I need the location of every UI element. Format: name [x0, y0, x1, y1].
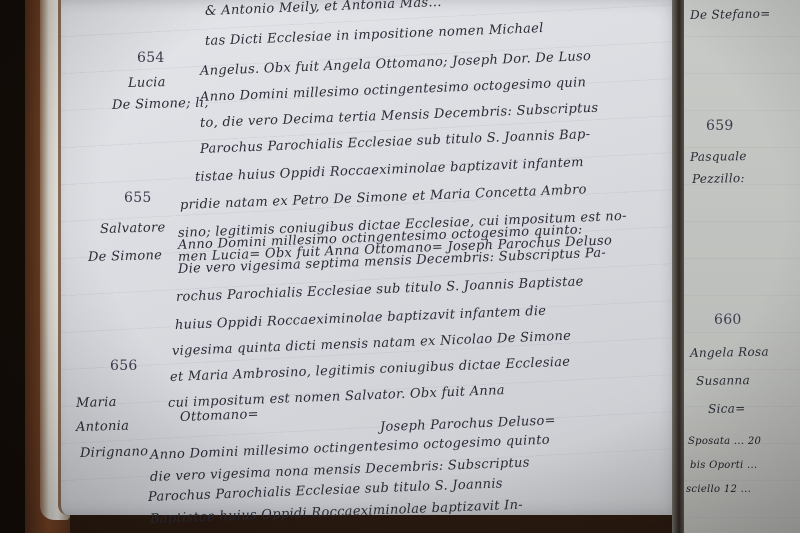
- text-line: Ottomano=: [180, 407, 259, 425]
- margin-name: Lucia: [128, 75, 166, 91]
- annotation-line: bis Oporti ...: [690, 460, 757, 471]
- entry-number: 655: [124, 190, 152, 206]
- margin-name: Dirignano: [80, 444, 149, 461]
- entry-number: 656: [110, 358, 138, 374]
- annotation-line: sciello 12 ...: [686, 484, 751, 495]
- right-page-text: De Stefano=: [690, 7, 771, 22]
- margin-name: Antonia: [76, 419, 130, 435]
- right-register-page: [684, 0, 800, 533]
- margin-name: Pasquale: [690, 149, 747, 164]
- margin-name: De Simone: [88, 248, 163, 265]
- entry-number: 660: [714, 312, 742, 328]
- entry-number: 654: [137, 50, 165, 66]
- entry-number: 659: [706, 118, 734, 134]
- margin-name: Salvatore: [100, 220, 166, 237]
- margin-name: Sica=: [708, 401, 746, 416]
- ruled-lines: [684, 0, 800, 533]
- margin-name: De Simone; li,: [112, 95, 209, 113]
- margin-name: Susanna: [696, 373, 750, 388]
- margin-name: Pezzillo:: [692, 171, 745, 186]
- annotation-line: Sposata ... 20: [688, 436, 761, 447]
- background-shadow: [0, 0, 25, 533]
- margin-name: Angela Rosa: [690, 345, 769, 360]
- margin-name: Maria: [76, 395, 117, 411]
